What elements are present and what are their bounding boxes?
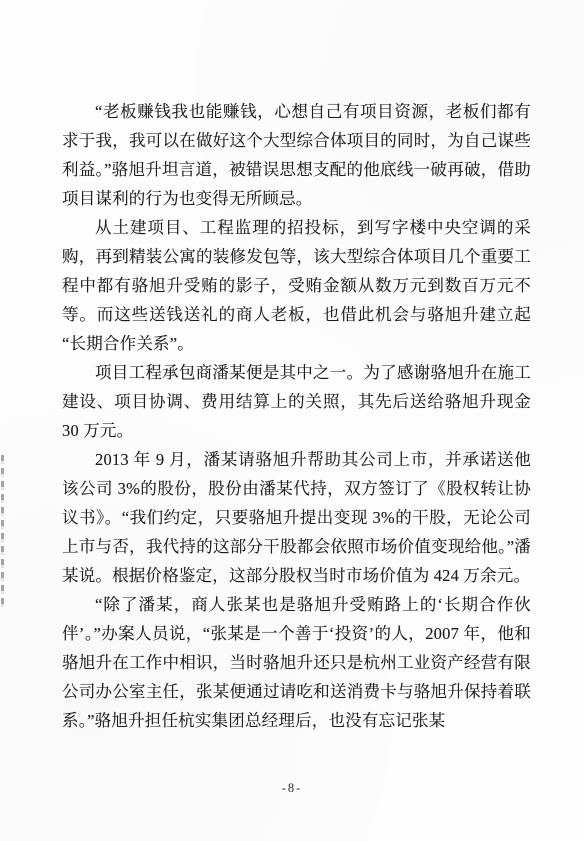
document-body: “老板赚钱我也能赚钱，心想自己有项目资源，老板们都有求于我，我可以在做好这个大型… [62, 97, 531, 735]
page-number: -8- [0, 781, 584, 796]
paragraph-quote-luoxusheng: “老板赚钱我也能赚钱，心想自己有项目资源，老板们都有求于我，我可以在做好这个大型… [62, 97, 531, 213]
paragraph-businessman-zhang: “除了潘某，商人张某也是骆旭升受贿路上的‘长期合作伙伴’。”办案人员说，“张某是… [62, 590, 531, 735]
scanned-document-page: “老板赚钱我也能赚钱，心想自己有项目资源，老板们都有求于我，我可以在做好这个大型… [0, 0, 584, 841]
paragraph-share-transfer: 2013 年 9 月，潘某请骆旭升帮助其公司上市，并承诺送他该公司 3%的股份，… [62, 445, 531, 590]
scan-artifact-line [1, 455, 4, 611]
paragraph-bribery-scope: 从土建项目、工程监理的招投标，到写字楼中央空调的采购，再到精装公寓的装修发包等，… [62, 213, 531, 358]
paragraph-contractor-pan: 项目工程承包商潘某便是其中之一。为了感谢骆旭升在施工建设、项目协调、费用结算上的… [62, 358, 531, 445]
